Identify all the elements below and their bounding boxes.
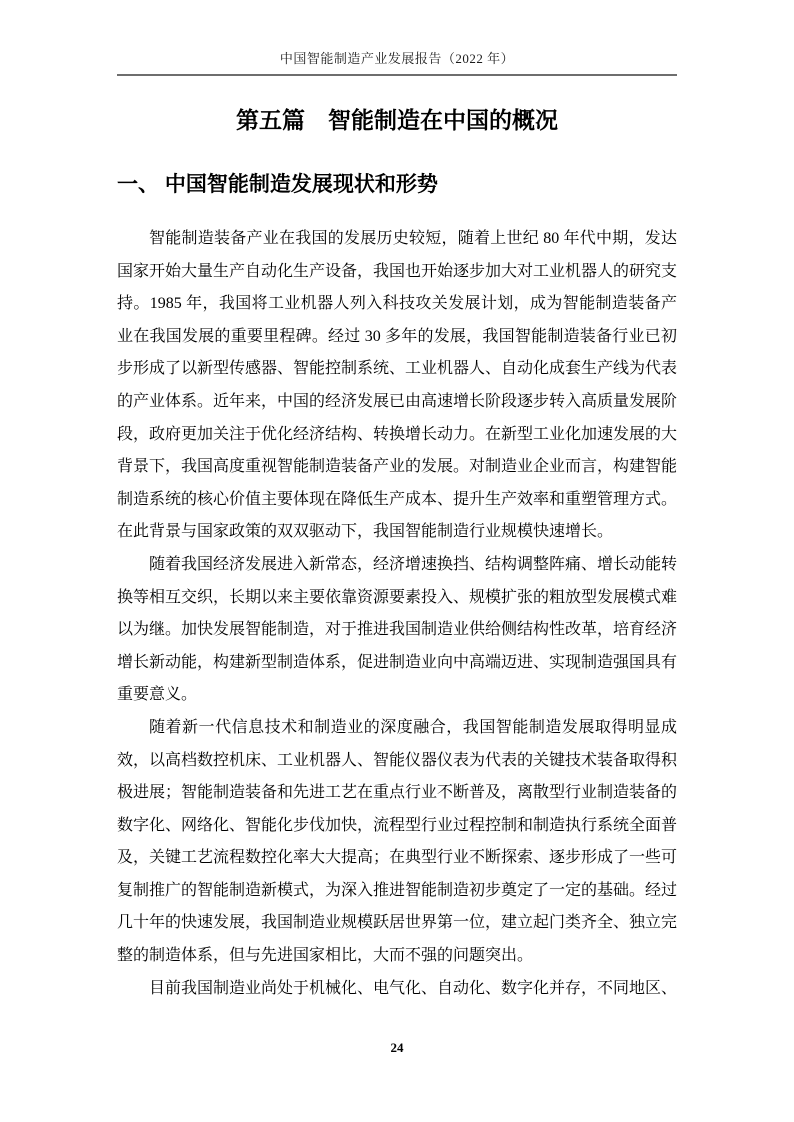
- body-paragraph-2: 随着我国经济发展进入新常态，经济增速换挡、结构调整阵痛、增长动能转换等相互交织，…: [117, 549, 677, 712]
- header-rule: [117, 74, 677, 76]
- body-paragraph-3: 随着新一代信息技术和制造业的深度融合，我国智能制造发展取得明显成效，以高档数控机…: [117, 712, 677, 973]
- page-title: 第五篇 智能制造在中国的概况: [117, 103, 677, 137]
- document-page: 中国智能制造产业发展报告（2022 年） 第五篇 智能制造在中国的概况 一、 中…: [0, 0, 794, 1122]
- content-column: 中国智能制造产业发展报告（2022 年） 第五篇 智能制造在中国的概况 一、 中…: [117, 0, 677, 1005]
- body-paragraph-4: 目前我国制造业尚处于机械化、电气化、自动化、数字化并存，不同地区、: [117, 973, 677, 1006]
- running-title: 中国智能制造产业发展报告（2022 年）: [117, 0, 677, 67]
- section-heading: 一、 中国智能制造发展现状和形势: [117, 170, 677, 200]
- page-number: 24: [0, 1040, 794, 1056]
- body-text: 智能制造装备产业在我国的发展历史较短，随着上世纪 80 年代中期，发达国家开始大…: [117, 223, 677, 1005]
- body-paragraph-1: 智能制造装备产业在我国的发展历史较短，随着上世纪 80 年代中期，发达国家开始大…: [117, 223, 677, 549]
